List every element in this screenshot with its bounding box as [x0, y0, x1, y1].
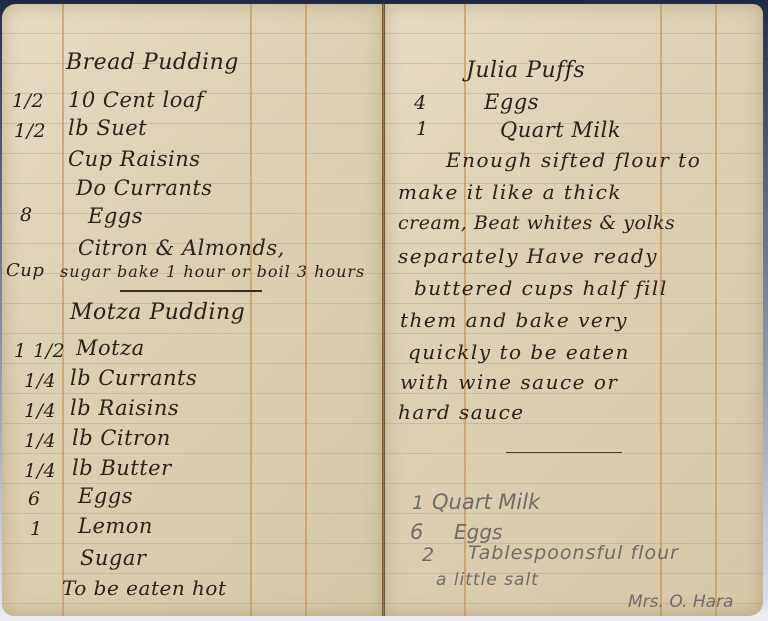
- ingredient-item: Citron & Almonds,: [78, 236, 285, 260]
- column-line: [715, 4, 717, 616]
- pencil-qty: 1: [412, 492, 424, 514]
- ingredient-item: lb Suet: [68, 116, 147, 140]
- instruction-line: with wine sauce or: [400, 370, 618, 394]
- recipe-title: Julia Puffs: [466, 58, 585, 83]
- pencil-item: a little salt: [436, 570, 539, 590]
- ingredient-item: lb Raisins: [70, 396, 179, 420]
- ingredient-item: lb Currants: [70, 366, 197, 390]
- ingredient-item: 10 Cent loaf: [68, 88, 204, 112]
- recipe-title: Motza Pudding: [70, 300, 245, 325]
- column-line: [250, 4, 252, 616]
- ingredient-qty: 1 1/2: [14, 340, 65, 362]
- ingredient-item: Motza: [76, 336, 145, 360]
- margin-line: [62, 4, 64, 616]
- instruction-line: quickly to be eaten: [408, 340, 630, 364]
- ingredient-item: Cup Raisins: [68, 147, 201, 171]
- instruction-line: cream, Beat whites & yolks: [398, 212, 675, 234]
- column-line: [305, 4, 307, 616]
- recipe-title: Bread Pudding: [66, 50, 239, 75]
- book-gutter: [382, 4, 385, 616]
- ingredient-qty: 8: [20, 204, 33, 226]
- ingredient-qty: 4: [414, 92, 427, 114]
- signature: Mrs. O. Hara: [628, 592, 733, 612]
- recipe-note: sugar bake 1 hour or boil 3 hours: [60, 262, 365, 281]
- instruction-line: Enough sifted flour to: [446, 148, 701, 172]
- ingredient-item: Eggs: [484, 90, 539, 114]
- ingredient-item: lb Citron: [72, 426, 171, 450]
- ingredient-item: Sugar: [80, 546, 146, 570]
- pencil-item: Quart Milk: [432, 490, 540, 514]
- ingredient-qty: 1/4: [24, 460, 56, 482]
- recipe-note: To be eaten hot: [62, 576, 227, 600]
- ingredient-item: Eggs: [88, 204, 143, 228]
- ingredient-qty: 1: [416, 118, 429, 140]
- instruction-line: buttered cups half fill: [414, 276, 668, 300]
- instruction-line: separately Have ready: [398, 244, 658, 268]
- ingredient-item: Do Currants: [76, 176, 213, 200]
- instruction-line: them and bake very: [400, 308, 628, 332]
- ingredient-item: Quart Milk: [500, 118, 621, 142]
- ingredient-qty: 6: [28, 488, 41, 510]
- divider-rule: [506, 452, 622, 453]
- ingredient-qty: 1/2: [12, 90, 44, 112]
- pencil-qty: 6: [410, 520, 423, 544]
- ingredient-qty: 1/4: [24, 430, 56, 452]
- ingredient-qty: 1/2: [14, 120, 46, 142]
- pencil-item: Eggs: [454, 520, 502, 544]
- ingredient-qty: 1/4: [24, 400, 56, 422]
- ingredient-item: Eggs: [78, 484, 133, 508]
- pencil-qty: 2: [422, 544, 434, 566]
- ingredient-item: lb Butter: [72, 456, 172, 480]
- instruction-line: hard sauce: [398, 400, 525, 424]
- recipe-note-prefix: Cup: [6, 260, 44, 281]
- ingredient-qty: 1/4: [24, 370, 56, 392]
- pencil-item: Tablespoonsful flour: [468, 542, 679, 564]
- ingredient-qty: 1: [30, 518, 43, 540]
- instruction-line: make it like a thick: [398, 180, 622, 204]
- column-line: [660, 4, 662, 616]
- divider-rule: [120, 290, 262, 292]
- ingredient-item: Lemon: [78, 514, 153, 538]
